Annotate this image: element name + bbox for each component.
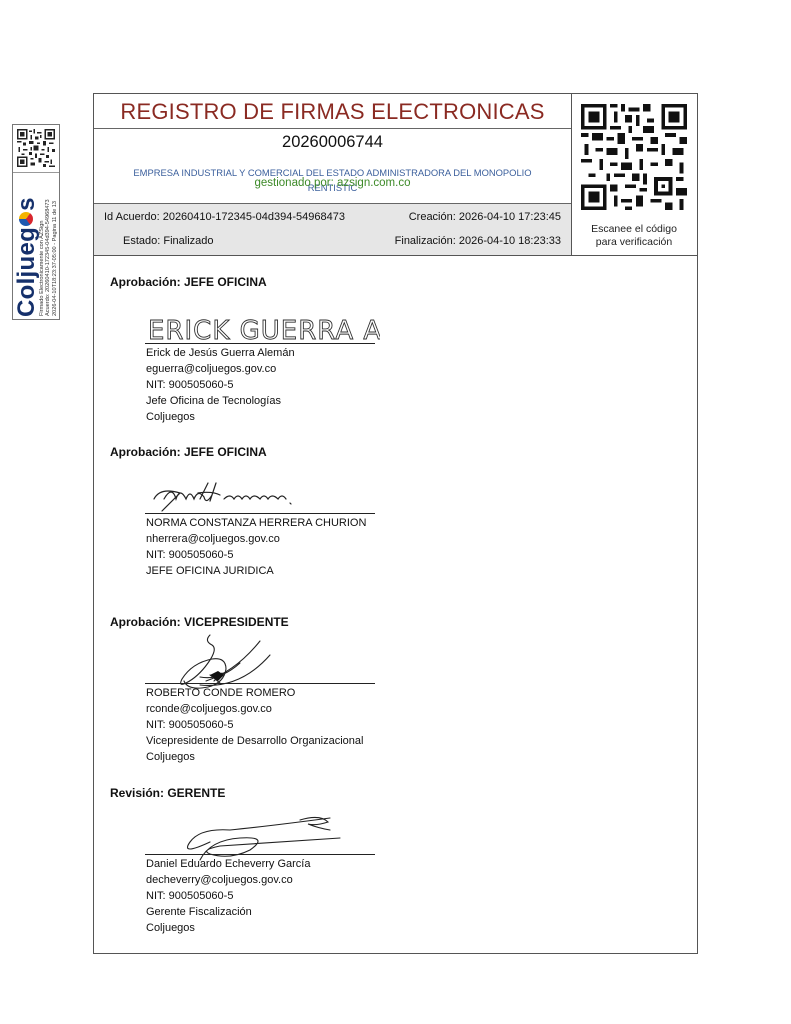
signature-block: Aprobación: JEFE OFICINA ERICK GUERRA A … (110, 275, 510, 289)
handwritten-signature-icon: ERICK GUERRA A (140, 289, 380, 347)
scan-instructions-line2: para verificación (571, 236, 697, 249)
stamp-divider (13, 172, 59, 173)
logo-text-end: s (13, 197, 40, 211)
logo-swirl-icon (19, 212, 33, 226)
signature-line (145, 513, 375, 514)
signer-email: eguerra@coljuegos.gov.co (146, 361, 295, 377)
signature-register-frame: REGISTRO DE FIRMAS ELECTRONICAS 20260006… (93, 93, 698, 954)
signer-organization: Coljuegos (146, 920, 310, 936)
signer-name: Daniel Eduardo Echeverry García (146, 856, 310, 872)
signer-nit: NIT: 900505060-5 (146, 717, 363, 733)
header-info: REGISTRO DE FIRMAS ELECTRONICAS 20260006… (94, 94, 572, 255)
handwritten-signature-icon (140, 459, 380, 517)
signer-name: Erick de Jesús Guerra Alemán (146, 345, 295, 361)
header-divider (94, 255, 697, 256)
stamp-timestamp-page: 2026-04-10T18:23:37-05:00 - Pagina 11 de… (52, 175, 58, 316)
agreement-status: Estado: Finalizado (123, 235, 214, 247)
signer-organization: Coljuegos (146, 409, 295, 425)
side-verification-stamp: Coljuegs Firmado Electronicamente con AZ… (12, 124, 60, 320)
signature-heading: Revisión: GERENTE (110, 786, 510, 800)
signer-details: NORMA CONSTANZA HERRERA CHURION nherrera… (146, 515, 366, 579)
signature-heading: Aprobación: JEFE OFICINA (110, 445, 510, 459)
company-name: EMPRESA INDUSTRIAL Y COMERCIAL DEL ESTAD… (94, 167, 571, 194)
signer-role: Gerente Fiscalización (146, 904, 310, 920)
scan-instructions: Escanee el código para verificación (571, 223, 697, 249)
managed-by-link[interactable]: gestionado por: azsign.com.co (94, 177, 571, 189)
signer-name: ROBERTO CONDE ROMERO (146, 685, 363, 701)
signature-block: Aprobación: VICEPRESIDENTE ROBERTO CONDE… (110, 615, 510, 629)
signer-organization: Coljuegos (146, 749, 363, 765)
logo-text: Coljueg (13, 227, 40, 317)
finalization-date: Finalización: 2026-04-10 18:23:33 (395, 235, 561, 247)
signer-nit: NIT: 900505060-5 (146, 888, 310, 904)
signature-block: Aprobación: JEFE OFICINA NORMA CONSTANZA… (110, 445, 510, 459)
signer-email: decheverry@coljuegos.gov.co (146, 872, 310, 888)
signer-role: Vicepresidente de Desarrollo Organizacio… (146, 733, 363, 749)
agreement-metadata: Id Acuerdo: 20260410-172345-04d394-54968… (94, 203, 571, 256)
signature-line (145, 683, 375, 684)
signer-email: nherrera@coljuegos.gov.co (146, 531, 366, 547)
signer-role: JEFE OFICINA JURIDICA (146, 563, 366, 579)
signer-role: Jefe Oficina de Tecnologías (146, 393, 295, 409)
document-title: REGISTRO DE FIRMAS ELECTRONICAS (94, 94, 571, 129)
signer-nit: NIT: 900505060-5 (146, 377, 295, 393)
signer-details: Erick de Jesús Guerra Alemán eguerra@col… (146, 345, 295, 425)
signer-nit: NIT: 900505060-5 (146, 547, 366, 563)
document-number: 20260006744 (94, 132, 571, 152)
coljuegos-logo: Coljuegs (15, 175, 39, 317)
signature-block: Revisión: GERENTE Daniel Eduardo Echever… (110, 786, 510, 800)
signature-line (145, 854, 375, 855)
signer-details: ROBERTO CONDE ROMERO rconde@coljuegos.go… (146, 685, 363, 765)
verification-qr-panel: Escanee el código para verificación (571, 94, 697, 255)
agreement-id: Id Acuerdo: 20260410-172345-04d394-54968… (104, 211, 345, 223)
svg-text:ERICK GUERRA A: ERICK GUERRA A (148, 316, 380, 346)
scan-instructions-line1: Escanee el código (571, 223, 697, 236)
signature-heading: Aprobación: JEFE OFICINA (110, 275, 510, 289)
signer-details: Daniel Eduardo Echeverry García dechever… (146, 856, 310, 936)
verification-qr-code-icon[interactable] (581, 102, 687, 212)
signer-email: rconde@coljuegos.gov.co (146, 701, 363, 717)
signer-name: NORMA CONSTANZA HERRERA CHURION (146, 515, 366, 531)
creation-date: Creación: 2026-04-10 17:23:45 (409, 211, 561, 223)
stamp-qr-code-icon[interactable] (17, 128, 55, 168)
signature-line (145, 343, 375, 344)
